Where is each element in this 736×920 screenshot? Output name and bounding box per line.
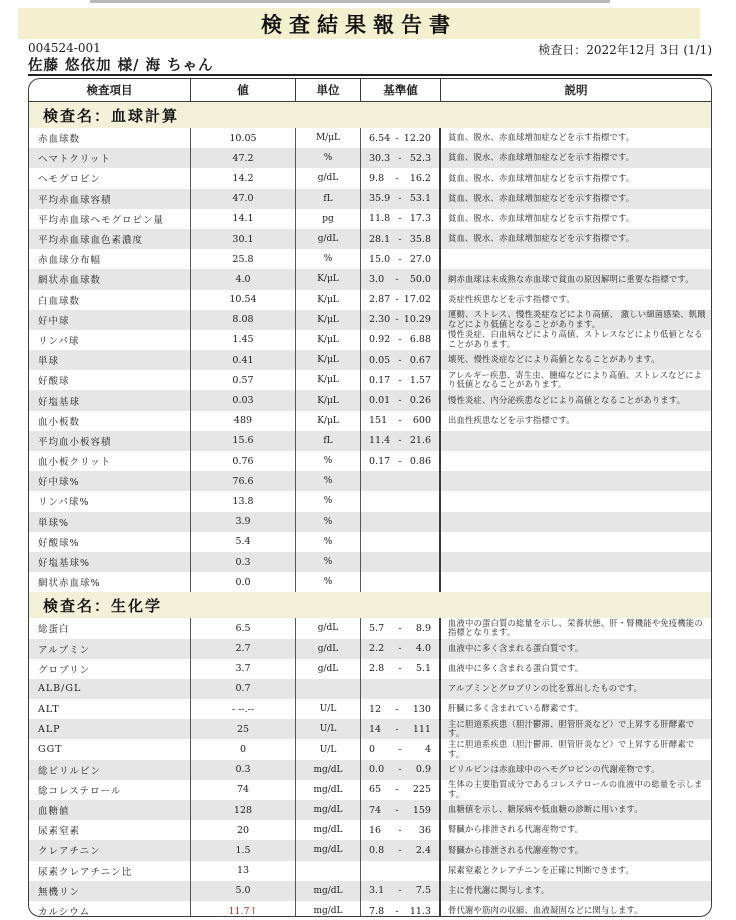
reference-low: 11.8 xyxy=(369,213,390,224)
test-item-name: 血小板クリット xyxy=(29,451,191,471)
test-description xyxy=(441,249,711,269)
test-item-name: カルシウム xyxy=(29,901,191,917)
reference-range xyxy=(361,532,441,552)
reference-range: 5.7-8.9 xyxy=(361,618,441,638)
reference-low: 0.17 xyxy=(369,375,390,386)
table-row: ALP25U/L14-111主に胆道系疾患（胆汁鬱滞、胆管肝炎など）で上昇する肝… xyxy=(29,719,711,739)
test-description: 肝臓に多く含まれている酵素です。 xyxy=(441,699,711,719)
reference-low: 0.8 xyxy=(369,845,384,856)
test-value: 11.7↑ xyxy=(191,901,296,917)
reference-low: 2.87 xyxy=(369,294,390,305)
column-header-description: 説明 xyxy=(441,79,711,101)
reference-dash: - xyxy=(398,254,401,265)
test-value: 0.3 xyxy=(191,760,296,780)
test-unit: K/μL xyxy=(296,411,361,431)
test-description: 壊死、慢性炎症などにより高値となることがあります。 xyxy=(441,350,711,370)
section-title: 検査名：生化学 xyxy=(29,592,711,618)
test-description-text: 貧血、脱水、赤血球増加症などを示す指標です。 xyxy=(448,153,634,163)
table-row: 総ビリルビン0.3mg/dL0.0-0.9ビリルビンは赤血球中のヘモグロビンの代… xyxy=(29,760,711,780)
test-value: 10.05 xyxy=(191,128,296,148)
reference-dash: - xyxy=(398,435,401,446)
reference-range: 0.17-1.57 xyxy=(361,370,441,390)
test-value: 0.7 xyxy=(191,679,296,699)
test-unit: % xyxy=(296,471,361,491)
reference-dash: - xyxy=(398,375,401,386)
reference-high: 4 xyxy=(425,744,431,755)
table-row: 赤血球数10.05M/μL6.54-12.20貧血、脱水、赤血球増加症などを示す… xyxy=(29,128,711,148)
reference-high: 159 xyxy=(413,805,431,816)
reference-range: 0-4 xyxy=(361,739,441,759)
test-value: 0.41 xyxy=(191,350,296,370)
test-description-text: 骨代謝や筋肉の収縮、血液凝固などに関与します。 xyxy=(448,906,643,916)
reference-range: 74-159 xyxy=(361,800,441,820)
test-unit: mg/dL xyxy=(296,901,361,917)
test-unit: % xyxy=(296,249,361,269)
reference-dash: - xyxy=(398,355,401,366)
test-description xyxy=(441,572,711,592)
reference-high: 1.57 xyxy=(410,375,431,386)
table-row: 網状赤血球数4.0K/μL3.0-50.0網赤血球は未成熟な赤血球で貧血の原因解… xyxy=(29,269,711,289)
table-row: 好塩基球0.03K/μL0.01-0.26慢性炎症、内分泌疾患などにより高値とな… xyxy=(29,390,711,410)
reference-dash: - xyxy=(398,885,401,896)
test-description xyxy=(441,431,711,451)
test-description-text: アルブミンとグロブリンの比を算出したものです。 xyxy=(448,684,642,694)
test-unit: % xyxy=(296,491,361,511)
test-description-text: 腎臓から排泄される代謝産物です。 xyxy=(448,825,583,835)
reference-range: 3.0-50.0 xyxy=(361,269,441,289)
test-value: 13 xyxy=(191,861,296,881)
test-unit xyxy=(296,861,361,881)
test-unit: % xyxy=(296,552,361,572)
test-description: 出血性疾患などを示す指標です。 xyxy=(441,411,711,431)
test-description: 慢性炎症、白血病などにより高値、ストレスなどにより低値となることがあります。 xyxy=(441,330,711,350)
reference-dash: - xyxy=(395,704,398,715)
test-description: 尿素窒素とクレアチニンを正確に判断できます。 xyxy=(441,861,711,881)
reference-range: 11.4-21.6 xyxy=(361,431,441,451)
reference-range: 0.17-0.86 xyxy=(361,451,441,471)
reference-low: 9.8 xyxy=(369,173,384,184)
reference-dash: - xyxy=(398,764,401,775)
reference-dash: - xyxy=(398,825,401,836)
table-row: ヘモグロビン14.2g/dL9.8-16.2貧血、脱水、赤血球増加症などを示す指… xyxy=(29,168,711,188)
table-row: 赤血球分布幅25.8%15.0-27.0 xyxy=(29,249,711,269)
reference-high: 600 xyxy=(413,415,431,426)
test-description-text: 出血性疾患などを示す指標です。 xyxy=(448,416,575,426)
test-unit: fL xyxy=(296,431,361,451)
reference-range: 0.0-0.9 xyxy=(361,760,441,780)
reference-high: 7.5 xyxy=(416,885,431,896)
table-row: 平均赤血球血色素濃度30.1g/dL28.1-35.8貧血、脱水、赤血球増加症な… xyxy=(29,229,711,249)
test-value: 15.6 xyxy=(191,431,296,451)
reference-range: 3.1-7.5 xyxy=(361,881,441,901)
table-row: ヘマトクリット47.2%30.3-52.3貧血、脱水、赤血球増加症などを示す指標… xyxy=(29,148,711,168)
test-unit: K/μL xyxy=(296,310,361,330)
reference-range: 2.8-5.1 xyxy=(361,659,441,679)
test-item-name: 好塩基球% xyxy=(29,552,191,572)
test-description-text: 尿素窒素とクレアチニンを正確に判断できます。 xyxy=(448,866,634,876)
test-item-name: 無機リン xyxy=(29,881,191,901)
test-description-text: 炎症性疾患などを示す指標です。 xyxy=(448,295,575,305)
test-value: 25 xyxy=(191,719,296,739)
table-row: 好中球%76.6% xyxy=(29,471,711,491)
reference-high: 17.02 xyxy=(404,294,431,305)
test-unit: M/μL xyxy=(296,128,361,148)
test-description-text: 慢性炎症、内分泌疾患などにより高値となることがあります。 xyxy=(448,396,685,406)
test-value: 489 xyxy=(191,411,296,431)
reference-dash: - xyxy=(395,805,398,816)
reference-low: 0.05 xyxy=(369,355,390,366)
test-value: 14.1 xyxy=(191,209,296,229)
reference-dash: - xyxy=(395,294,398,305)
reference-dash: - xyxy=(398,234,401,245)
reference-high: 0.9 xyxy=(416,764,431,775)
reference-high: 35.8 xyxy=(410,234,431,245)
test-item-name: リンパ球 xyxy=(29,330,191,350)
test-unit: % xyxy=(296,532,361,552)
test-description: 腎臓から排泄される代謝産物です。 xyxy=(441,820,711,840)
test-description: 貧血、脱水、赤血球増加症などを示す指標です。 xyxy=(441,229,711,249)
test-value: 74 xyxy=(191,780,296,800)
test-unit: % xyxy=(296,148,361,168)
test-item-name: 平均血小板容積 xyxy=(29,431,191,451)
test-description xyxy=(441,451,711,471)
table-row: ALT- --.--U/L12-130肝臓に多く含まれている酵素です。 xyxy=(29,699,711,719)
test-value: 25.8 xyxy=(191,249,296,269)
table-row: GGT0U/L0-4主に胆道系疾患（胆汁鬱滞、胆管肝炎など）で上昇する肝酵素です… xyxy=(29,739,711,759)
reference-low: 3.0 xyxy=(369,274,384,285)
test-unit: U/L xyxy=(296,719,361,739)
test-item-name: 好酸球 xyxy=(29,370,191,390)
test-value: 13.8 xyxy=(191,491,296,511)
reference-low: 15.0 xyxy=(369,254,390,265)
table-row: 尿素クレアチニン比13尿素窒素とクレアチニンを正確に判断できます。 xyxy=(29,861,711,881)
test-description-text: 血液中に多く含まれる蛋白質です。 xyxy=(448,644,583,654)
reference-high: 0.67 xyxy=(410,355,431,366)
reference-dash: - xyxy=(398,334,401,345)
test-description-text: 貧血、脱水、赤血球増加症などを示す指標です。 xyxy=(448,133,634,143)
report-id: 004524-001 xyxy=(28,41,101,55)
test-unit: mg/dL xyxy=(296,780,361,800)
reference-high: 130 xyxy=(413,704,431,715)
table-row: 血小板数489K/μL151-600出血性疾患などを示す指標です。 xyxy=(29,411,711,431)
test-value: 0.03 xyxy=(191,390,296,410)
test-item-name: アルブミン xyxy=(29,639,191,659)
reference-range: 6.54-12.20 xyxy=(361,128,441,148)
test-item-name: 血糖値 xyxy=(29,800,191,820)
reference-range: 0.92-6.88 xyxy=(361,330,441,350)
test-description-text: 壊死、慢性炎症などにより高値となることがあります。 xyxy=(448,355,660,365)
test-item-name: 好中球 xyxy=(29,310,191,330)
test-item-name: ALB/GL xyxy=(29,679,191,699)
test-description: アレルギー疾患、寄生虫、腫瘍などにより高値、ストレスなどにより低値となることがあ… xyxy=(441,370,711,390)
test-unit xyxy=(296,679,361,699)
reference-range xyxy=(361,679,441,699)
test-unit: mg/dL xyxy=(296,820,361,840)
reference-high: 16.2 xyxy=(410,173,431,184)
reference-range xyxy=(361,552,441,572)
test-value: 5.4 xyxy=(191,532,296,552)
test-unit: g/dL xyxy=(296,659,361,679)
reference-range: 12-130 xyxy=(361,699,441,719)
reference-high: 8.9 xyxy=(416,623,431,634)
table-row: 好酸球0.57K/μL0.17-1.57アレルギー疾患、寄生虫、腫瘍などにより高… xyxy=(29,370,711,390)
reference-high: 50.0 xyxy=(410,274,431,285)
test-item-name: 平均赤血球容積 xyxy=(29,189,191,209)
test-description: ビリルビンは赤血球中のヘモグロビンの代謝産物です。 xyxy=(441,760,711,780)
reference-high: 12.20 xyxy=(404,133,431,144)
reference-range: 151-600 xyxy=(361,411,441,431)
table-body: 検査名：血球計算赤血球数10.05M/μL6.54-12.20貧血、脱水、赤血球… xyxy=(29,102,711,917)
test-description: 血糖値を示し、糖尿病や低血糖の診断に用います。 xyxy=(441,800,711,820)
reference-dash: - xyxy=(398,623,401,634)
reference-range: 30.3-52.3 xyxy=(361,148,441,168)
test-item-name: ヘマトクリット xyxy=(29,148,191,168)
reference-range: 9.8-16.2 xyxy=(361,168,441,188)
test-item-name: ALP xyxy=(29,719,191,739)
table-row: 白血球数10.54K/μL2.87-17.02炎症性疾患などを示す指標です。 xyxy=(29,290,711,310)
test-description-text: 慢性炎症、白血病などにより高値、ストレスなどにより低値となることがあります。 xyxy=(448,330,707,349)
test-value: 0.0 xyxy=(191,572,296,592)
page-top-scan-artifact xyxy=(90,0,610,3)
reference-low: 16 xyxy=(369,825,381,836)
test-description-text: 貧血、脱水、赤血球増加症などを示す指標です。 xyxy=(448,174,634,184)
test-description: 貧血、脱水、赤血球増加症などを示す指標です。 xyxy=(441,148,711,168)
test-value: - --.-- xyxy=(191,699,296,719)
test-description xyxy=(441,491,711,511)
reference-high: 21.6 xyxy=(410,435,431,446)
table-row: 好塩基球%0.3% xyxy=(29,552,711,572)
test-description-text: 網赤血球は未成熟な赤血球で貧血の原因解明に重要な指標です。 xyxy=(448,275,694,285)
test-description-text: 主に骨代謝に関与します。 xyxy=(448,886,549,896)
test-description-text: 肝臓に多く含まれている酵素です。 xyxy=(448,704,583,714)
column-header-value: 値 xyxy=(191,79,296,101)
reference-range: 14-111 xyxy=(361,719,441,739)
test-item-name: 白血球数 xyxy=(29,290,191,310)
reference-low: 2.30 xyxy=(369,314,390,325)
test-item-name: 好中球% xyxy=(29,471,191,491)
test-value: 4.0 xyxy=(191,269,296,289)
reference-dash: - xyxy=(398,643,401,654)
reference-range xyxy=(361,471,441,491)
reference-high: 2.4 xyxy=(416,845,431,856)
test-description: 生体の主要脂質成分であるコレステロールの血液中の総量を示します。 xyxy=(441,780,711,800)
test-unit: g/dL xyxy=(296,229,361,249)
reference-dash: - xyxy=(395,274,398,285)
reference-dash: - xyxy=(398,193,401,204)
table-row: 平均赤血球容積47.0fL35.9-53.1貧血、脱水、赤血球増加症などを示す指… xyxy=(29,189,711,209)
reference-dash: - xyxy=(398,213,401,224)
test-item-name: 単球 xyxy=(29,350,191,370)
reference-range: 16-36 xyxy=(361,820,441,840)
reference-low: 11.4 xyxy=(369,435,390,446)
reference-range: 2.30-10.29 xyxy=(361,310,441,330)
test-value: 2.7 xyxy=(191,639,296,659)
test-unit: % xyxy=(296,451,361,471)
table-row: リンパ球1.45K/μL0.92-6.88慢性炎症、白血病などにより高値、ストレ… xyxy=(29,330,711,350)
test-value: 14.2 xyxy=(191,168,296,188)
test-description-text: 腎臓から排泄される代謝産物です。 xyxy=(448,846,583,856)
reference-range: 0.05-0.67 xyxy=(361,350,441,370)
test-description xyxy=(441,532,711,552)
test-description: 骨代謝や筋肉の収縮、血液凝固などに関与します。 xyxy=(441,901,711,917)
test-unit: K/μL xyxy=(296,269,361,289)
reference-low: 65 xyxy=(369,784,381,795)
test-value: 0.76 xyxy=(191,451,296,471)
test-item-name: ALT xyxy=(29,699,191,719)
reference-range: 28.1-35.8 xyxy=(361,229,441,249)
test-unit: K/μL xyxy=(296,330,361,350)
reference-low: 74 xyxy=(369,805,381,816)
reference-low: 3.1 xyxy=(369,885,384,896)
reference-dash: - xyxy=(398,153,401,164)
test-item-name: 赤血球数 xyxy=(29,128,191,148)
test-description-text: 血液中に多く含まれる蛋白質です。 xyxy=(448,664,583,674)
test-unit: fL xyxy=(296,189,361,209)
table-row: 血小板クリット0.76%0.17-0.86 xyxy=(29,451,711,471)
test-unit: mg/dL xyxy=(296,881,361,901)
reference-low: 2.8 xyxy=(369,663,384,674)
reference-low: 0.01 xyxy=(369,395,390,406)
reference-range xyxy=(361,491,441,511)
reference-high: 52.3 xyxy=(410,153,431,164)
reference-high: 225 xyxy=(413,784,431,795)
test-description-text: 主に胆道系疾患（胆汁鬱滞、胆管肝炎など）で上昇する肝酵素です。 xyxy=(448,720,707,739)
reference-dash: - xyxy=(395,133,398,144)
reference-low: 2.2 xyxy=(369,643,384,654)
test-item-name: クレアチニン xyxy=(29,840,191,860)
test-description-text: 主に胆道系疾患（胆汁鬱滞、胆管肝炎など）で上昇する肝酵素です。 xyxy=(448,740,707,759)
test-value: 1.45 xyxy=(191,330,296,350)
table-row: 総蛋白6.5g/dL5.7-8.9血液中の蛋白質の総量を示し、栄養状態、肝・腎機… xyxy=(29,618,711,638)
test-value: 0 xyxy=(191,739,296,759)
reference-range: 65-225 xyxy=(361,780,441,800)
test-value: 30.1 xyxy=(191,229,296,249)
test-description: 血液中に多く含まれる蛋白質です。 xyxy=(441,659,711,679)
test-description: 血液中の蛋白質の総量を示し、栄養状態、肝・腎機能や免疫機能の指標となります。 xyxy=(441,618,711,638)
test-description-text: ビリルビンは赤血球中のヘモグロビンの代謝産物です。 xyxy=(448,765,660,775)
test-unit: pg xyxy=(296,209,361,229)
reference-low: 12 xyxy=(369,704,381,715)
test-value: 3.7 xyxy=(191,659,296,679)
reference-low: 7.8 xyxy=(369,906,384,917)
reference-high: 6.88 xyxy=(410,334,431,345)
reference-dash: - xyxy=(398,456,401,467)
table-row: 単球0.41K/μL0.05-0.67壊死、慢性炎症などにより高値となることがあ… xyxy=(29,350,711,370)
reference-low: 6.54 xyxy=(369,133,390,144)
column-header-reference: 基準値 xyxy=(361,79,441,101)
table-row: カルシウム11.7↑mg/dL7.8-11.3骨代謝や筋肉の収縮、血液凝固などに… xyxy=(29,901,711,917)
table-row: ALB/GL0.7アルブミンとグロブリンの比を算出したものです。 xyxy=(29,679,711,699)
test-unit: K/μL xyxy=(296,290,361,310)
page-title: 検査結果報告書 xyxy=(261,9,457,39)
table-row: 血糖値128mg/dL74-159血糖値を示し、糖尿病や低血糖の診断に用います。 xyxy=(29,800,711,820)
reference-high: 111 xyxy=(413,724,431,735)
table-row: 平均赤血球ヘモグロビン量14.1pg11.8-17.3貧血、脱水、赤血球増加症な… xyxy=(29,209,711,229)
test-unit: U/L xyxy=(296,739,361,759)
test-description: 運動、ストレス、慢性炎症などにより高値、 激しい細菌感染、飢餓などにより低値とな… xyxy=(441,310,711,330)
result-table: 検査項目 値 単位 基準値 説明 検査名：血球計算赤血球数10.05M/μL6.… xyxy=(28,78,712,917)
table-row: リンパ球%13.8% xyxy=(29,491,711,511)
test-description xyxy=(441,552,711,572)
reference-dash: - xyxy=(395,724,398,735)
test-value: 8.08 xyxy=(191,310,296,330)
table-row: グロブリン3.7g/dL2.8-5.1血液中に多く含まれる蛋白質です。 xyxy=(29,659,711,679)
test-unit: mg/dL xyxy=(296,800,361,820)
test-item-name: 網状赤血球数 xyxy=(29,269,191,289)
table-row: 好中球8.08K/μL2.30-10.29運動、ストレス、慢性炎症などにより高値… xyxy=(29,310,711,330)
test-description: 貧血、脱水、赤血球増加症などを示す指標です。 xyxy=(441,128,711,148)
test-value: 128 xyxy=(191,800,296,820)
reference-range: 15.0-27.0 xyxy=(361,249,441,269)
test-value: 0.57 xyxy=(191,370,296,390)
test-unit: g/dL xyxy=(296,168,361,188)
test-item-name: GGT xyxy=(29,739,191,759)
test-item-name: 単球% xyxy=(29,512,191,532)
reference-high: 11.3 xyxy=(410,906,431,917)
test-description-text: 運動、ストレス、慢性炎症などにより高値、 激しい細菌感染、飢餓などにより低値とな… xyxy=(448,310,707,329)
table-row: 無機リン5.0mg/dL3.1-7.5主に骨代謝に関与します。 xyxy=(29,881,711,901)
reference-range: 7.8-11.3 xyxy=(361,901,441,917)
test-unit: % xyxy=(296,512,361,532)
test-description: 炎症性疾患などを示す指標です。 xyxy=(441,290,711,310)
test-description: 貧血、脱水、赤血球増加症などを示す指標です。 xyxy=(441,168,711,188)
report-title-banner: 検査結果報告書 xyxy=(18,8,700,39)
reference-range: 2.87-17.02 xyxy=(361,290,441,310)
test-item-name: 総蛋白 xyxy=(29,618,191,638)
reference-low: 0.17 xyxy=(369,456,390,467)
reference-high: 36 xyxy=(419,825,431,836)
test-item-name: 好酸球% xyxy=(29,532,191,552)
table-row: 総コレステロール74mg/dL65-225生体の主要脂質成分であるコレステロール… xyxy=(29,780,711,800)
table-row: 単球%3.9% xyxy=(29,512,711,532)
reference-high: 10.29 xyxy=(404,314,431,325)
test-item-name: 血小板数 xyxy=(29,411,191,431)
reference-dash: - xyxy=(398,845,401,856)
test-unit: K/μL xyxy=(296,370,361,390)
column-header-item: 検査項目 xyxy=(29,79,191,101)
reference-low: 28.1 xyxy=(369,234,390,245)
test-item-name: 総ビリルビン xyxy=(29,760,191,780)
test-description: 主に骨代謝に関与します。 xyxy=(441,881,711,901)
reference-range xyxy=(361,861,441,881)
test-unit: g/dL xyxy=(296,618,361,638)
table-row: 尿素窒素20mg/dL16-36腎臓から排泄される代謝産物です。 xyxy=(29,820,711,840)
test-description-text: 血液中の蛋白質の総量を示し、栄養状態、肝・腎機能や免疫機能の指標となります。 xyxy=(448,619,707,638)
reference-low: 35.9 xyxy=(369,193,390,204)
test-description: 貧血、脱水、赤血球増加症などを示す指標です。 xyxy=(441,209,711,229)
test-description: 主に胆道系疾患（胆汁鬱滞、胆管肝炎など）で上昇する肝酵素です。 xyxy=(441,719,711,739)
test-description: 網赤血球は未成熟な赤血球で貧血の原因解明に重要な指標です。 xyxy=(441,269,711,289)
patient-name: 佐藤 悠依加 様/ 海 ちゃん xyxy=(28,54,712,76)
table-row: アルブミン2.7g/dL2.2-4.0血液中に多く含まれる蛋白質です。 xyxy=(29,639,711,659)
test-unit: U/L xyxy=(296,699,361,719)
test-description: 腎臓から排泄される代謝産物です。 xyxy=(441,840,711,860)
test-item-name: 赤血球分布幅 xyxy=(29,249,191,269)
reference-high: 0.86 xyxy=(410,456,431,467)
test-description: 主に胆道系疾患（胆汁鬱滞、胆管肝炎など）で上昇する肝酵素です。 xyxy=(441,739,711,759)
reference-high: 0.26 xyxy=(410,395,431,406)
reference-high: 17.3 xyxy=(410,213,431,224)
test-item-name: ヘモグロビン xyxy=(29,168,191,188)
test-description: 血液中に多く含まれる蛋白質です。 xyxy=(441,639,711,659)
test-item-name: 平均赤血球ヘモグロビン量 xyxy=(29,209,191,229)
reference-low: 151 xyxy=(369,415,387,426)
test-item-name: 尿素窒素 xyxy=(29,820,191,840)
test-item-name: 網状赤血球% xyxy=(29,572,191,592)
reference-high: 27.0 xyxy=(410,254,431,265)
test-item-name: リンパ球% xyxy=(29,491,191,511)
reference-low: 30.3 xyxy=(369,153,390,164)
